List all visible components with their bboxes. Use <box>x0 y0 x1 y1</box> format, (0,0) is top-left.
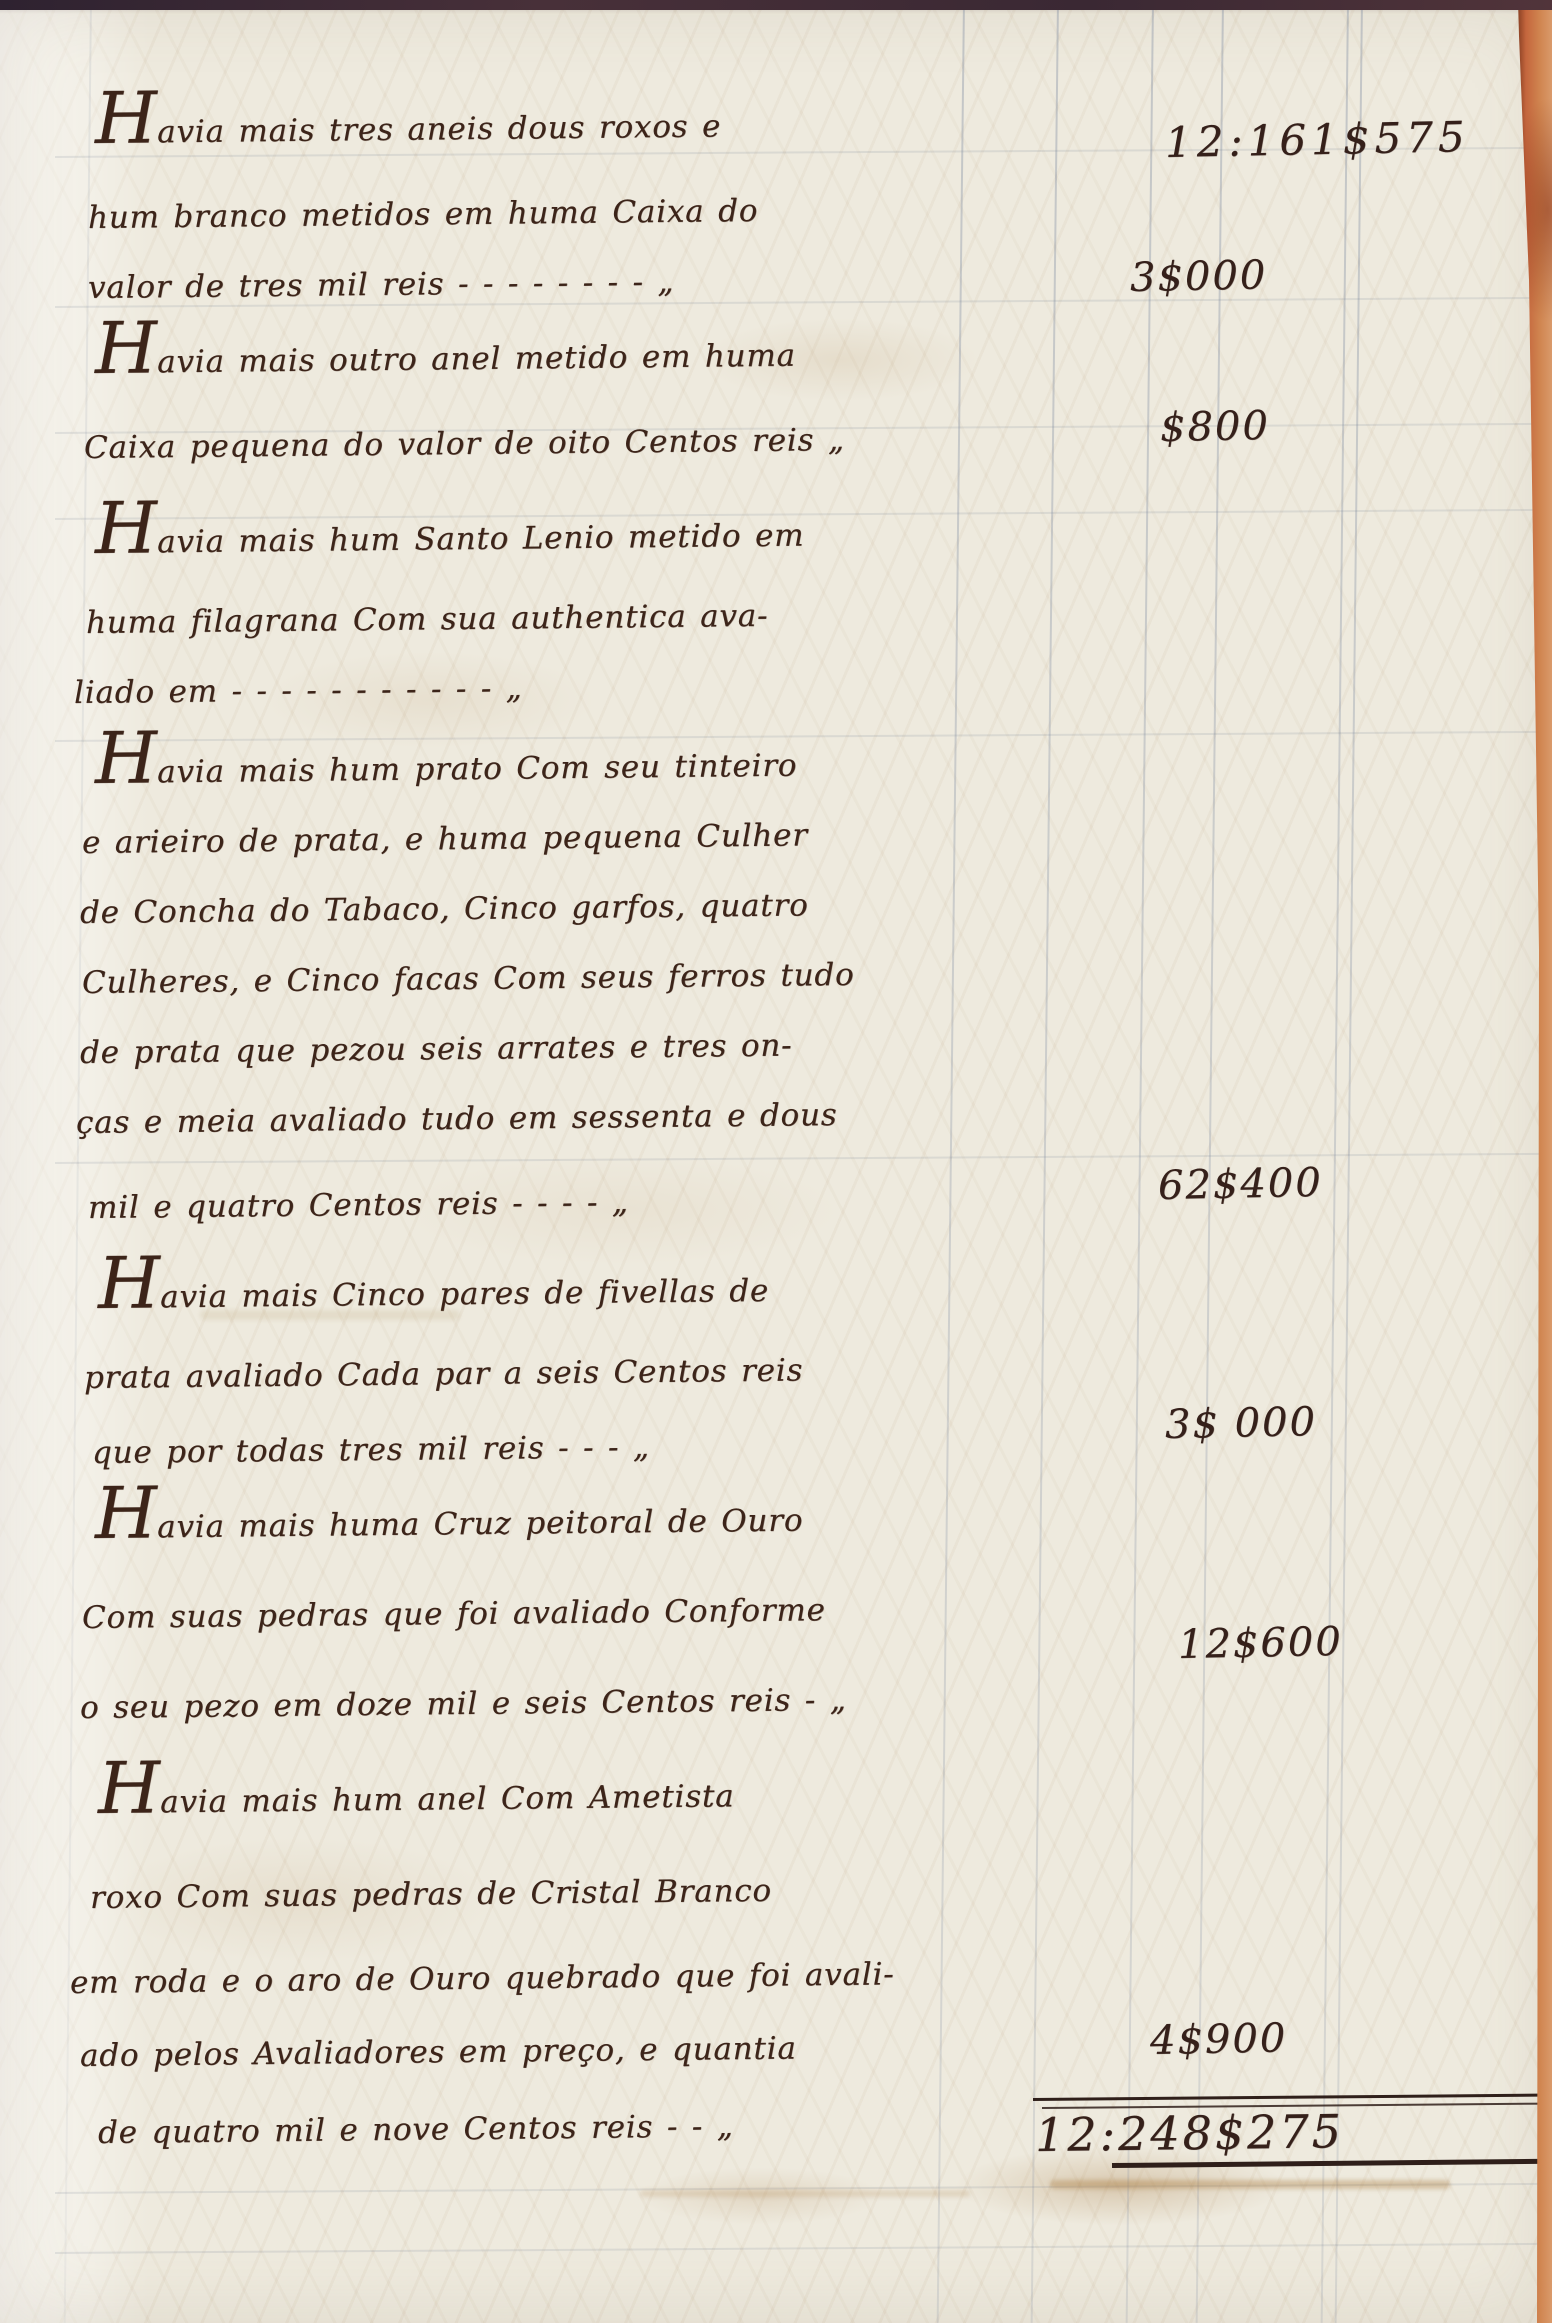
amount-value: 12$600 <box>1178 1619 1344 1668</box>
total-value: 12:248$275 <box>1035 2108 1344 2158</box>
ink-smear <box>200 1310 460 1320</box>
amount-value: 3$ 000 <box>1165 1399 1318 1448</box>
manuscript-line: huma filagrana Com sua authentica ava- <box>86 596 769 643</box>
manuscript-line: Caixa pequena do valor de oito Centos re… <box>84 420 845 468</box>
manuscript-line: Havia mais huma Cruz peitoral de Ouro <box>95 1501 804 1548</box>
amount-value: 3$000 <box>1130 252 1268 301</box>
amount-value: 4$900 <box>1150 2015 1288 2064</box>
manuscript-line: valor de tres mil reis - - - - - - - - „ <box>88 262 675 308</box>
manuscript-line: de Concha do Tabaco, Cinco garfos, quatr… <box>80 885 809 933</box>
manuscript-line: de prata que pezou seis arrates e tres o… <box>80 1026 793 1073</box>
ink-smear <box>640 2190 970 2197</box>
manuscript-line: de quatro mil e nove Centos reis - - „ <box>98 2106 734 2153</box>
manuscript-line: ado pelos Avaliadores em preço, e quanti… <box>80 2028 797 2076</box>
manuscript-line: liado em - - - - - - - - - - - „ <box>74 668 523 713</box>
manuscript-line: Havia mais hum anel Com Ametista <box>98 1776 735 1823</box>
manuscript-line: e arieiro de prata, e huma pequena Culhe… <box>82 815 808 863</box>
amount-carried-forward: 12:161$575 <box>1165 114 1470 166</box>
manuscript-line: que por todas tres mil reis - - - „ <box>92 1427 650 1473</box>
manuscript-line: hum branco metidos em huma Caixa do <box>88 191 759 238</box>
manuscript-line: mil e quatro Centos reis - - - - „ <box>88 1182 629 1228</box>
manuscript-line: Culheres, e Cinco facas Com seus ferros … <box>82 955 855 1003</box>
amount-value: 62$400 <box>1158 1160 1324 1209</box>
manuscript-line: ças e meia avaliado tudo em sessenta e d… <box>76 1095 838 1143</box>
ledger-page: Havia mais tres aneis dous roxos e hum b… <box>0 0 1552 2323</box>
manuscript-line: Com suas pedras que foi avaliado Conform… <box>82 1590 826 1638</box>
top-edge-band <box>0 0 1552 10</box>
manuscript-line: Havia mais tres aneis dous roxos e <box>95 106 722 153</box>
ink-smear <box>1050 2180 1450 2189</box>
manuscript-line: prata avaliado Cada par a seis Centos re… <box>84 1350 804 1398</box>
manuscript-line: Havia mais outro anel metido em huma <box>95 336 796 383</box>
amount-value: $800 <box>1160 403 1271 451</box>
manuscript-line: o seu pezo em doze mil e seis Centos rei… <box>80 1680 847 1728</box>
manuscript-line: Havia mais hum Santo Lenio metido em <box>95 516 805 563</box>
manuscript-line: roxo Com suas pedras de Cristal Branco <box>90 1871 772 1918</box>
manuscript-line: Havia mais hum prato Com seu tinteiro <box>95 746 798 793</box>
